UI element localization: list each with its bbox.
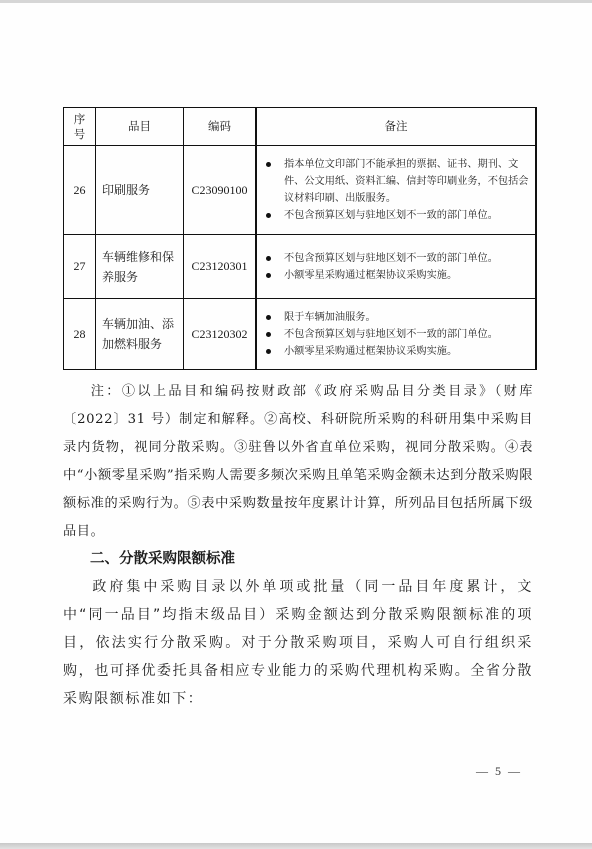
row-serial-no: 27 [64,235,96,299]
row-serial-no: 28 [64,299,96,370]
viewer-bottom-edge [0,843,592,849]
remark-bullet: 限于车辆加油服务。 [265,309,529,326]
header-code: 编码 [184,108,257,146]
table-row: 26 印刷服务 C23090100 指本单位文印部门不能承担的票据、证书、期刊、… [64,146,537,235]
row-item-name: 车辆加油、添加燃料服务 [96,299,184,370]
footnote-text: 注：①以上品目和编码按财政部《政府采购品目分类目录》（财库〔2022〕31 号）… [63,384,533,539]
section-body-paragraph: 政府集中采购目录以外单项或批量（同一品目年度累计，文中“同一品目”均指末级品目）… [63,573,533,713]
procurement-catalog-table: 序号 品目 编码 备注 26 印刷服务 C23090100 指本单位文印部门不能… [63,107,537,370]
remark-bullet: 不包含预算区划与驻地区划不一致的部门单位。 [265,207,529,224]
row-serial-no: 26 [64,146,96,235]
row-remarks: 指本单位文印部门不能承担的票据、证书、期刊、文件、公文用纸、资料汇编、信封等印刷… [256,146,536,235]
row-remarks: 不包含预算区划与驻地区划不一致的部门单位。 小额零星采购通过框架协议采购实施。 [256,235,536,299]
row-item-name: 车辆维修和保养服务 [96,235,184,299]
row-remarks: 限于车辆加油服务。 不包含预算区划与驻地区划不一致的部门单位。 小额零星采购通过… [256,299,536,370]
section-heading: 二、分散采购限额标准 [90,545,235,573]
row-item-code: C23090100 [184,146,257,235]
row-item-name: 印刷服务 [96,146,184,235]
remark-bullet: 不包含预算区划与驻地区划不一致的部门单位。 [265,250,529,267]
row-item-code: C23120302 [184,299,257,370]
header-serial-no: 序号 [64,108,96,146]
table-row: 28 车辆加油、添加燃料服务 C23120302 限于车辆加油服务。 不包含预算… [64,299,537,370]
paragraph-text: 政府集中采购目录以外单项或批量（同一品目年度累计，文中“同一品目”均指末级品目）… [63,579,533,707]
remark-bullet: 小额零星采购通过框架协议采购实施。 [265,267,529,284]
header-item: 品目 [96,108,184,146]
remark-bullet: 指本单位文印部门不能承担的票据、证书、期刊、文件、公文用纸、资料汇编、信封等印刷… [265,156,529,207]
remark-bullet: 小额零星采购通过框架协议采购实施。 [265,343,529,360]
viewer-top-edge [0,0,592,3]
header-remarks: 备注 [256,108,536,146]
table-row: 27 车辆维修和保养服务 C23120301 不包含预算区划与驻地区划不一致的部… [64,235,537,299]
remark-bullet: 不包含预算区划与驻地区划不一致的部门单位。 [265,326,529,343]
page-number: — 5 — [476,764,522,779]
row-item-code: C23120301 [184,235,257,299]
table-footnote: 注：①以上品目和编码按财政部《政府采购品目分类目录》（财库〔2022〕31 号）… [63,378,533,546]
table-header-row: 序号 品目 编码 备注 [64,108,537,146]
